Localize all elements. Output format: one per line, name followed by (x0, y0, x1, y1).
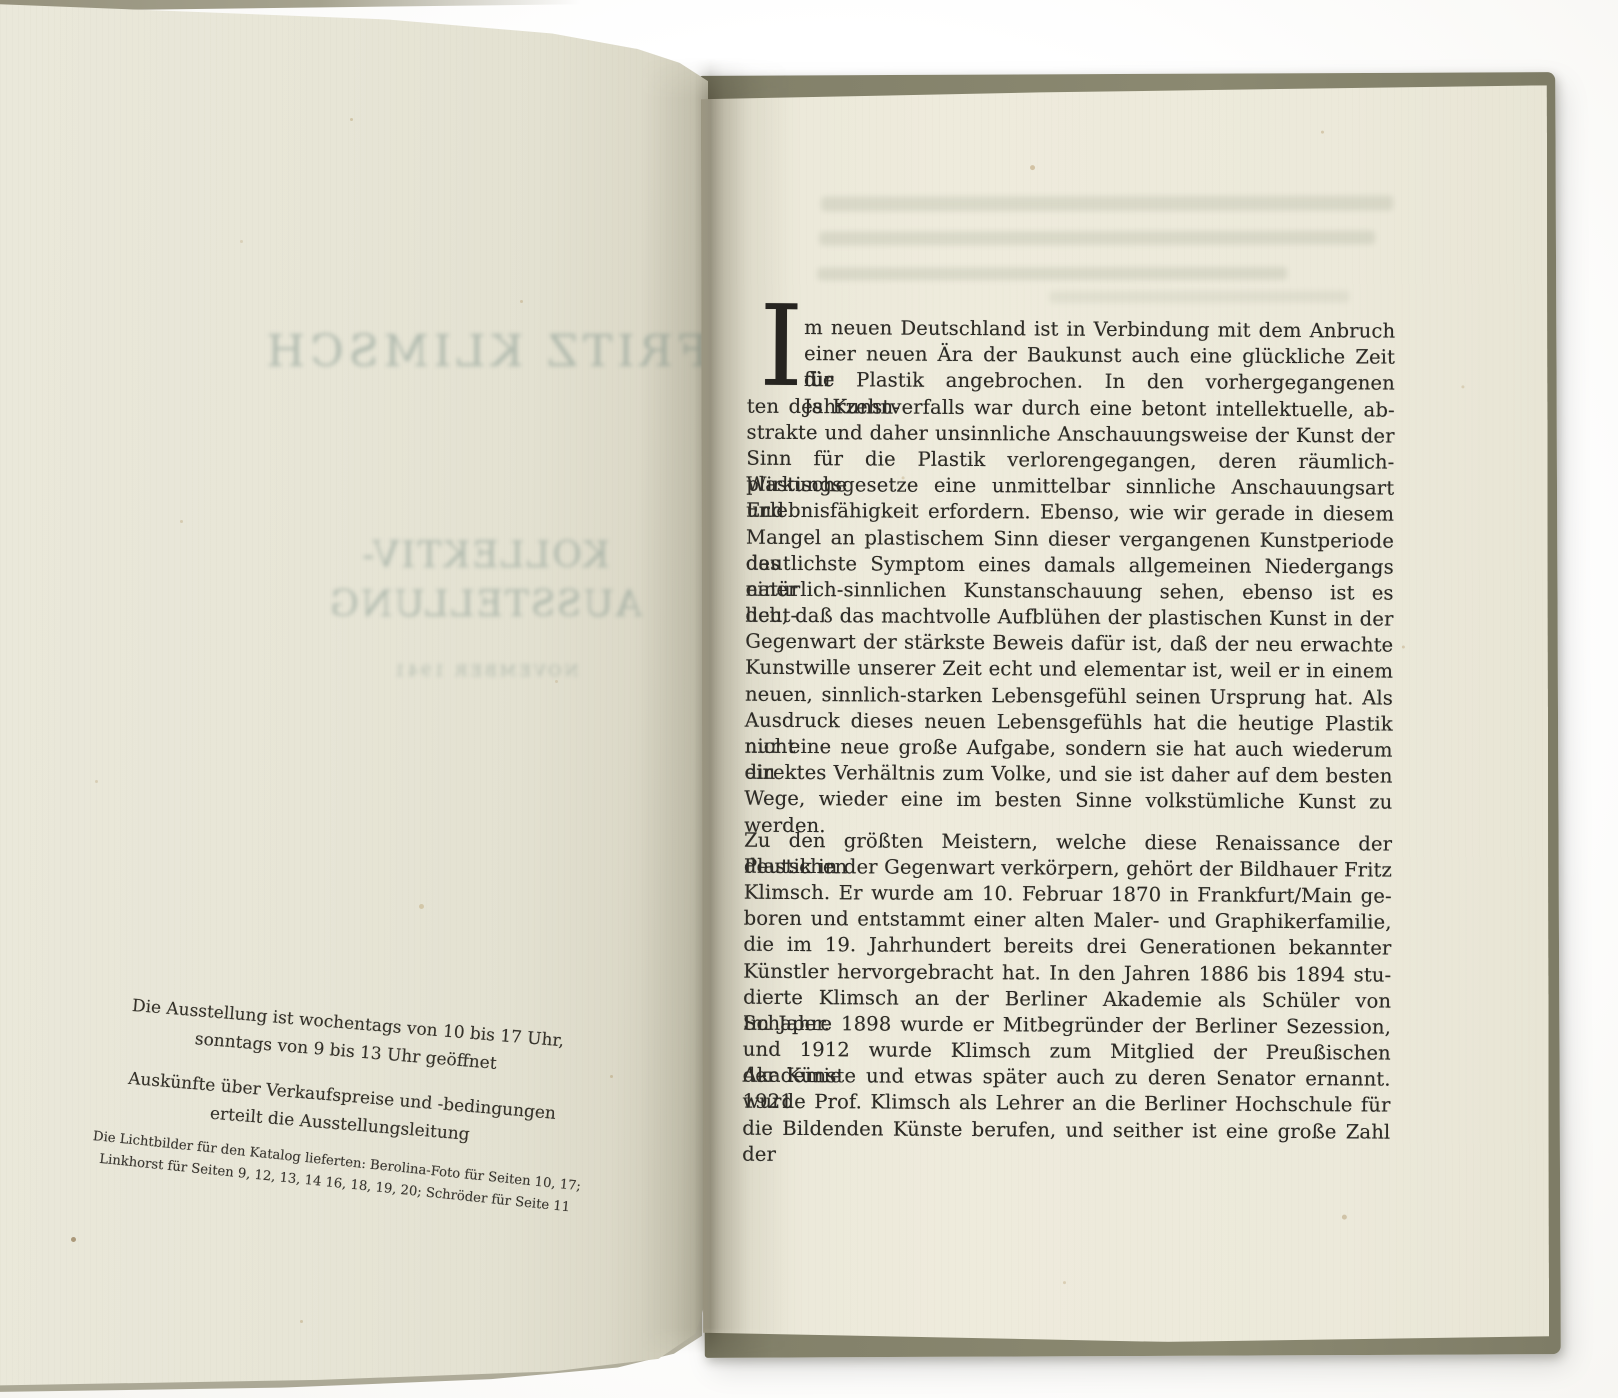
show-through-line (817, 267, 1287, 281)
text-line: die Bildenden Künste berufen, und seithe… (742, 1115, 1390, 1145)
book-photo: FRITZ KLIMSCH KOLLEKTIV- AUSSTELLUNG NOV… (0, 0, 1618, 1398)
show-through-line (1049, 291, 1349, 304)
text-line: Sinn für die Plastik verlorengegangen, d… (746, 446, 1394, 476)
text-line: Kunstwille unserer Zeit echt und element… (745, 655, 1393, 685)
text-line: Wege, wieder eine im besten Sinne volkst… (744, 786, 1392, 816)
text-line: der Künste und etwas später auch zu dere… (743, 1063, 1391, 1093)
text-line: deutlichste Symptom eines damals allgeme… (746, 550, 1394, 580)
text-line: nur eine neue große Aufgabe, sondern sie… (745, 734, 1393, 764)
paragraph-1: m neuen Deutschland ist in Verbindung mi… (744, 315, 1395, 817)
left-page: FRITZ KLIMSCH KOLLEKTIV- AUSSTELLUNG NOV… (0, 0, 708, 1398)
text-line: m neuen Deutschland ist in Verbindung mi… (747, 315, 1395, 345)
text-line: und 1912 wurde Klimsch zum Mitglied der … (743, 1037, 1391, 1067)
text-line: neuen, sinnlich-starken Lebensgefühl sei… (745, 681, 1393, 711)
text-line: Zu den größten Meistern, welche diese Re… (744, 827, 1392, 857)
text-line: Mangel an plastischem Sinn dieser vergan… (746, 524, 1394, 554)
text-line: Plastik in der Gegenwart verkörpern, geh… (744, 853, 1392, 883)
text-line: die Plastik angebrochen. In den vorherge… (747, 367, 1395, 397)
text-line: dierte Klimsch an der Berliner Akademie … (743, 984, 1391, 1014)
ghost-date: NOVEMBER 1941 (250, 661, 720, 680)
text-line: Erlebnisfähigkeit erfordern. Ebenso, wie… (746, 498, 1394, 528)
text-line: boren und entstammt einer alten Maler- u… (744, 906, 1392, 936)
show-through-line (821, 196, 1393, 212)
right-page: I m neuen Deutschland ist in Verbindung … (701, 85, 1549, 1342)
show-through-title-block: FRITZ KLIMSCH KOLLEKTIV- AUSSTELLUNG NOV… (250, 326, 720, 680)
text-line: Gegenwart der stärkste Beweis dafür ist,… (745, 629, 1393, 659)
text-line: Wirkungsgesetze eine unmittelbar sinnlic… (746, 472, 1394, 502)
paragraph-2: Zu den größten Meistern, welche diese Re… (742, 827, 1392, 1145)
ghost-subtitle-1: KOLLEKTIV- (250, 535, 720, 576)
exhibition-notice: Die Ausstellung ist wochentags von 10 bi… (95, 990, 589, 1215)
text-line: lich, daß das machtvolle Aufblühen der p… (745, 603, 1393, 633)
body-text: I m neuen Deutschland ist in Verbindung … (742, 315, 1395, 1146)
text-line: Im Jahre 1898 wurde er Mitbegründer der … (743, 1011, 1391, 1041)
text-line: ten des Kunstverfalls war durch eine bet… (747, 393, 1395, 423)
text-line: strakte und daher unsinnliche Anschauung… (747, 419, 1395, 449)
text-line: einer neuen Ära der Baukunst auch eine g… (747, 341, 1395, 371)
text-line: Klimsch. Er wurde am 10. Februar 1870 in… (744, 880, 1392, 910)
text-line: Künstler hervorgebracht hat. In den Jahr… (743, 958, 1391, 988)
text-line: natürlich-sinnlichen Kunstanschauung seh… (746, 577, 1394, 607)
text-line: direktes Verhältnis zum Volke, und sie i… (744, 760, 1392, 790)
text-line: die im 19. Jahrhundert bereits drei Gene… (743, 932, 1391, 962)
text-line: Ausdruck dieses neuen Lebensgefühls hat … (745, 707, 1393, 737)
ghost-subtitle-2: AUSSTELLUNG (250, 584, 720, 625)
text-line: wurde Prof. Klimsch als Lehrer an die Be… (742, 1089, 1390, 1119)
show-through-line (819, 231, 1375, 246)
drop-cap-initial: I (759, 297, 804, 398)
ghost-title: FRITZ KLIMSCH (250, 326, 720, 377)
